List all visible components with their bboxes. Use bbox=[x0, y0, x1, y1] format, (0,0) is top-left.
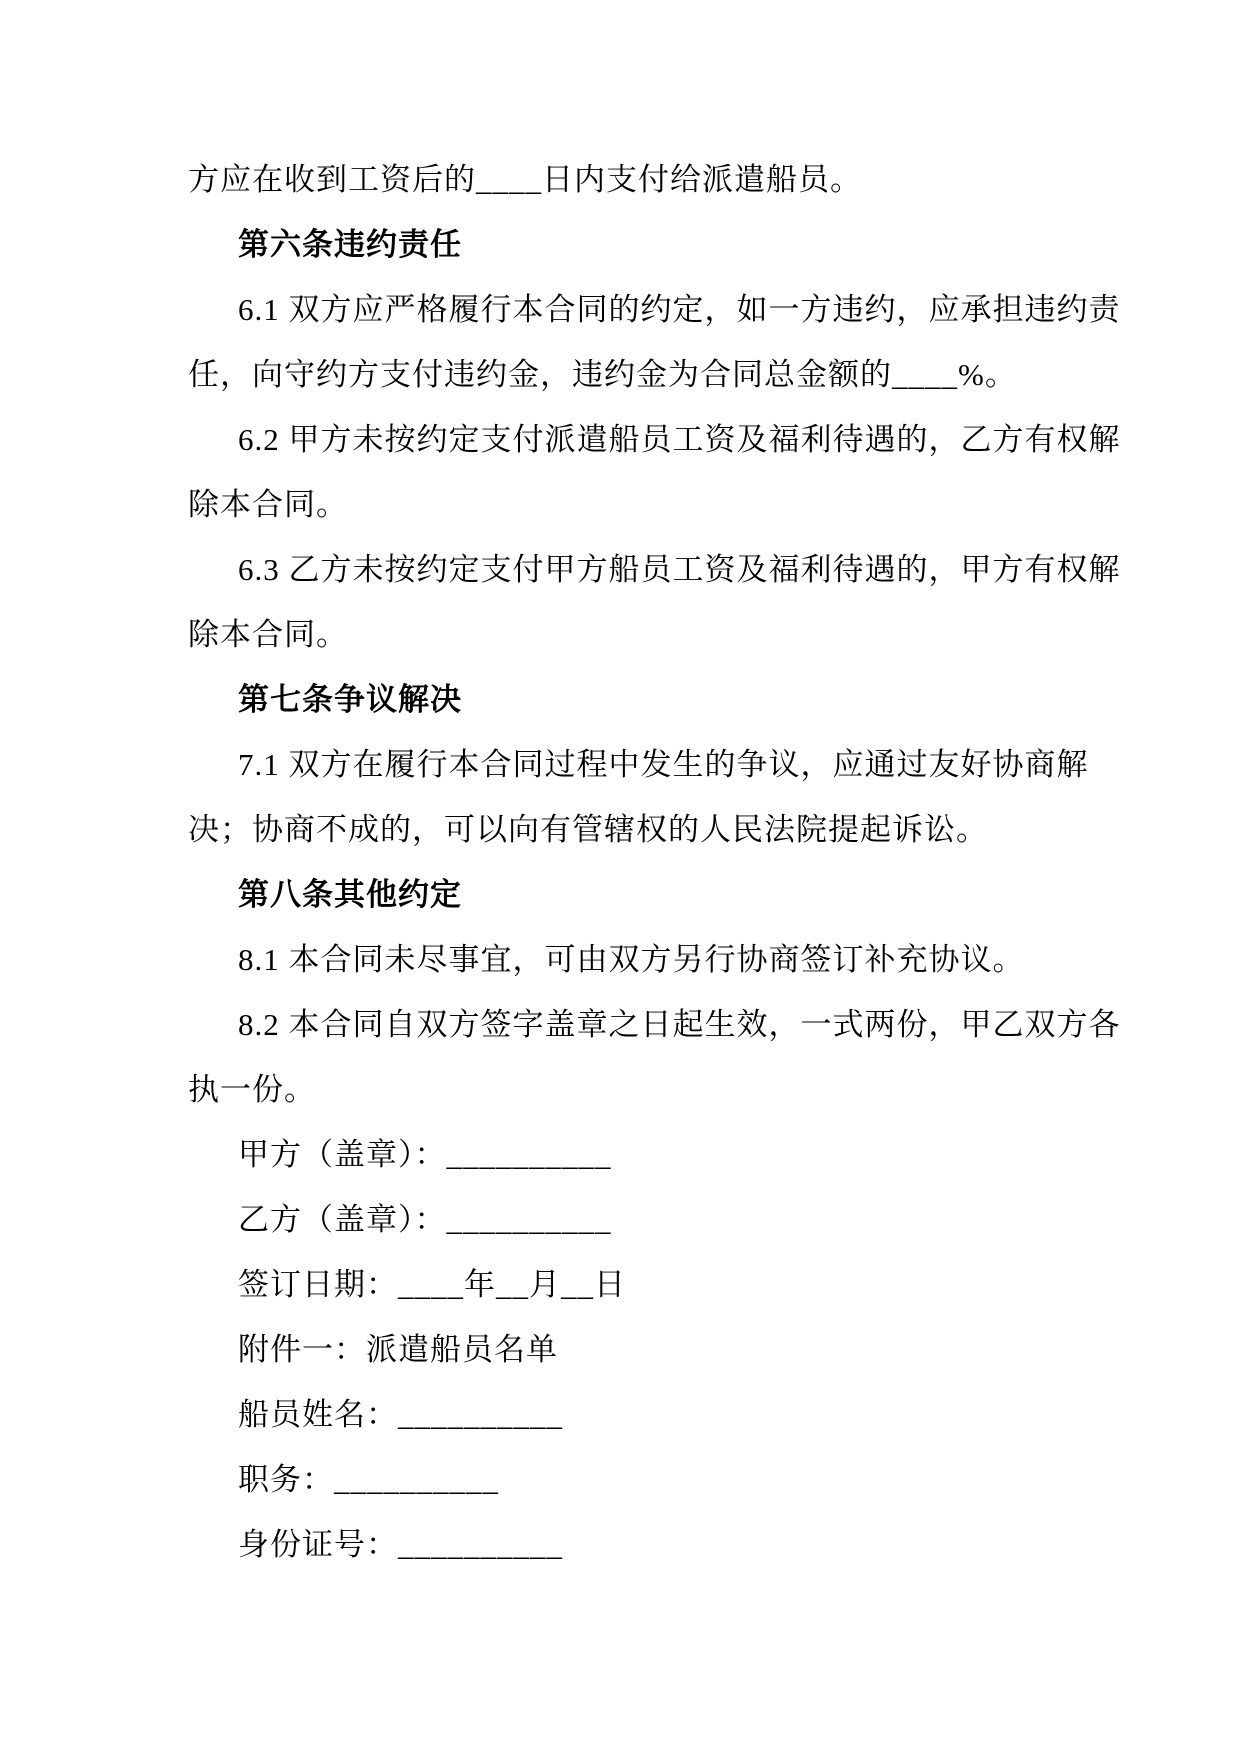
contract-page: 方应在收到工资后的____日内支付给派遣船员。第六条违约责任6.1 双方应严格履… bbox=[0, 0, 1240, 1753]
party-b-seal-line: 乙方（盖章）：__________ bbox=[188, 1187, 1070, 1252]
body-line: 执一份。 bbox=[188, 1057, 1070, 1122]
document-body: 方应在收到工资后的____日内支付给派遣船员。第六条违约责任6.1 双方应严格履… bbox=[188, 147, 1070, 1577]
body-line: 除本合同。 bbox=[188, 472, 1070, 537]
party-a-seal-line: 甲方（盖章）：__________ bbox=[188, 1122, 1070, 1187]
section-heading-clause-6: 第六条违约责任 bbox=[188, 212, 1070, 277]
id-number-line: 身份证号：__________ bbox=[188, 1512, 1070, 1577]
body-line: 8.1 本合同未尽事宜，可由双方另行协商签订补充协议。 bbox=[188, 927, 1070, 992]
signing-date-line: 签订日期：____年__月__日 bbox=[188, 1252, 1070, 1317]
position-line: 职务：__________ bbox=[188, 1447, 1070, 1512]
attachment-title-line: 附件一：派遣船员名单 bbox=[188, 1317, 1070, 1382]
body-line: 6.1 双方应严格履行本合同的约定，如一方违约，应承担违约责 bbox=[188, 277, 1070, 342]
body-line: 决；协商不成的，可以向有管辖权的人民法院提起诉讼。 bbox=[188, 797, 1070, 862]
body-line: 6.3 乙方未按约定支付甲方船员工资及福利待遇的，甲方有权解 bbox=[188, 537, 1070, 602]
body-line: 7.1 双方在履行本合同过程中发生的争议，应通过友好协商解 bbox=[188, 732, 1070, 797]
body-line: 任，向守约方支付违约金，违约金为合同总金额的____%。 bbox=[188, 342, 1070, 407]
body-line: 除本合同。 bbox=[188, 602, 1070, 667]
section-heading-clause-8: 第八条其他约定 bbox=[188, 862, 1070, 927]
body-line: 方应在收到工资后的____日内支付给派遣船员。 bbox=[188, 147, 1070, 212]
body-line: 6.2 甲方未按约定支付派遣船员工资及福利待遇的，乙方有权解 bbox=[188, 407, 1070, 472]
body-line: 8.2 本合同自双方签字盖章之日起生效，一式两份，甲乙双方各 bbox=[188, 992, 1070, 1057]
crew-name-line: 船员姓名：__________ bbox=[188, 1382, 1070, 1447]
section-heading-clause-7: 第七条争议解决 bbox=[188, 667, 1070, 732]
